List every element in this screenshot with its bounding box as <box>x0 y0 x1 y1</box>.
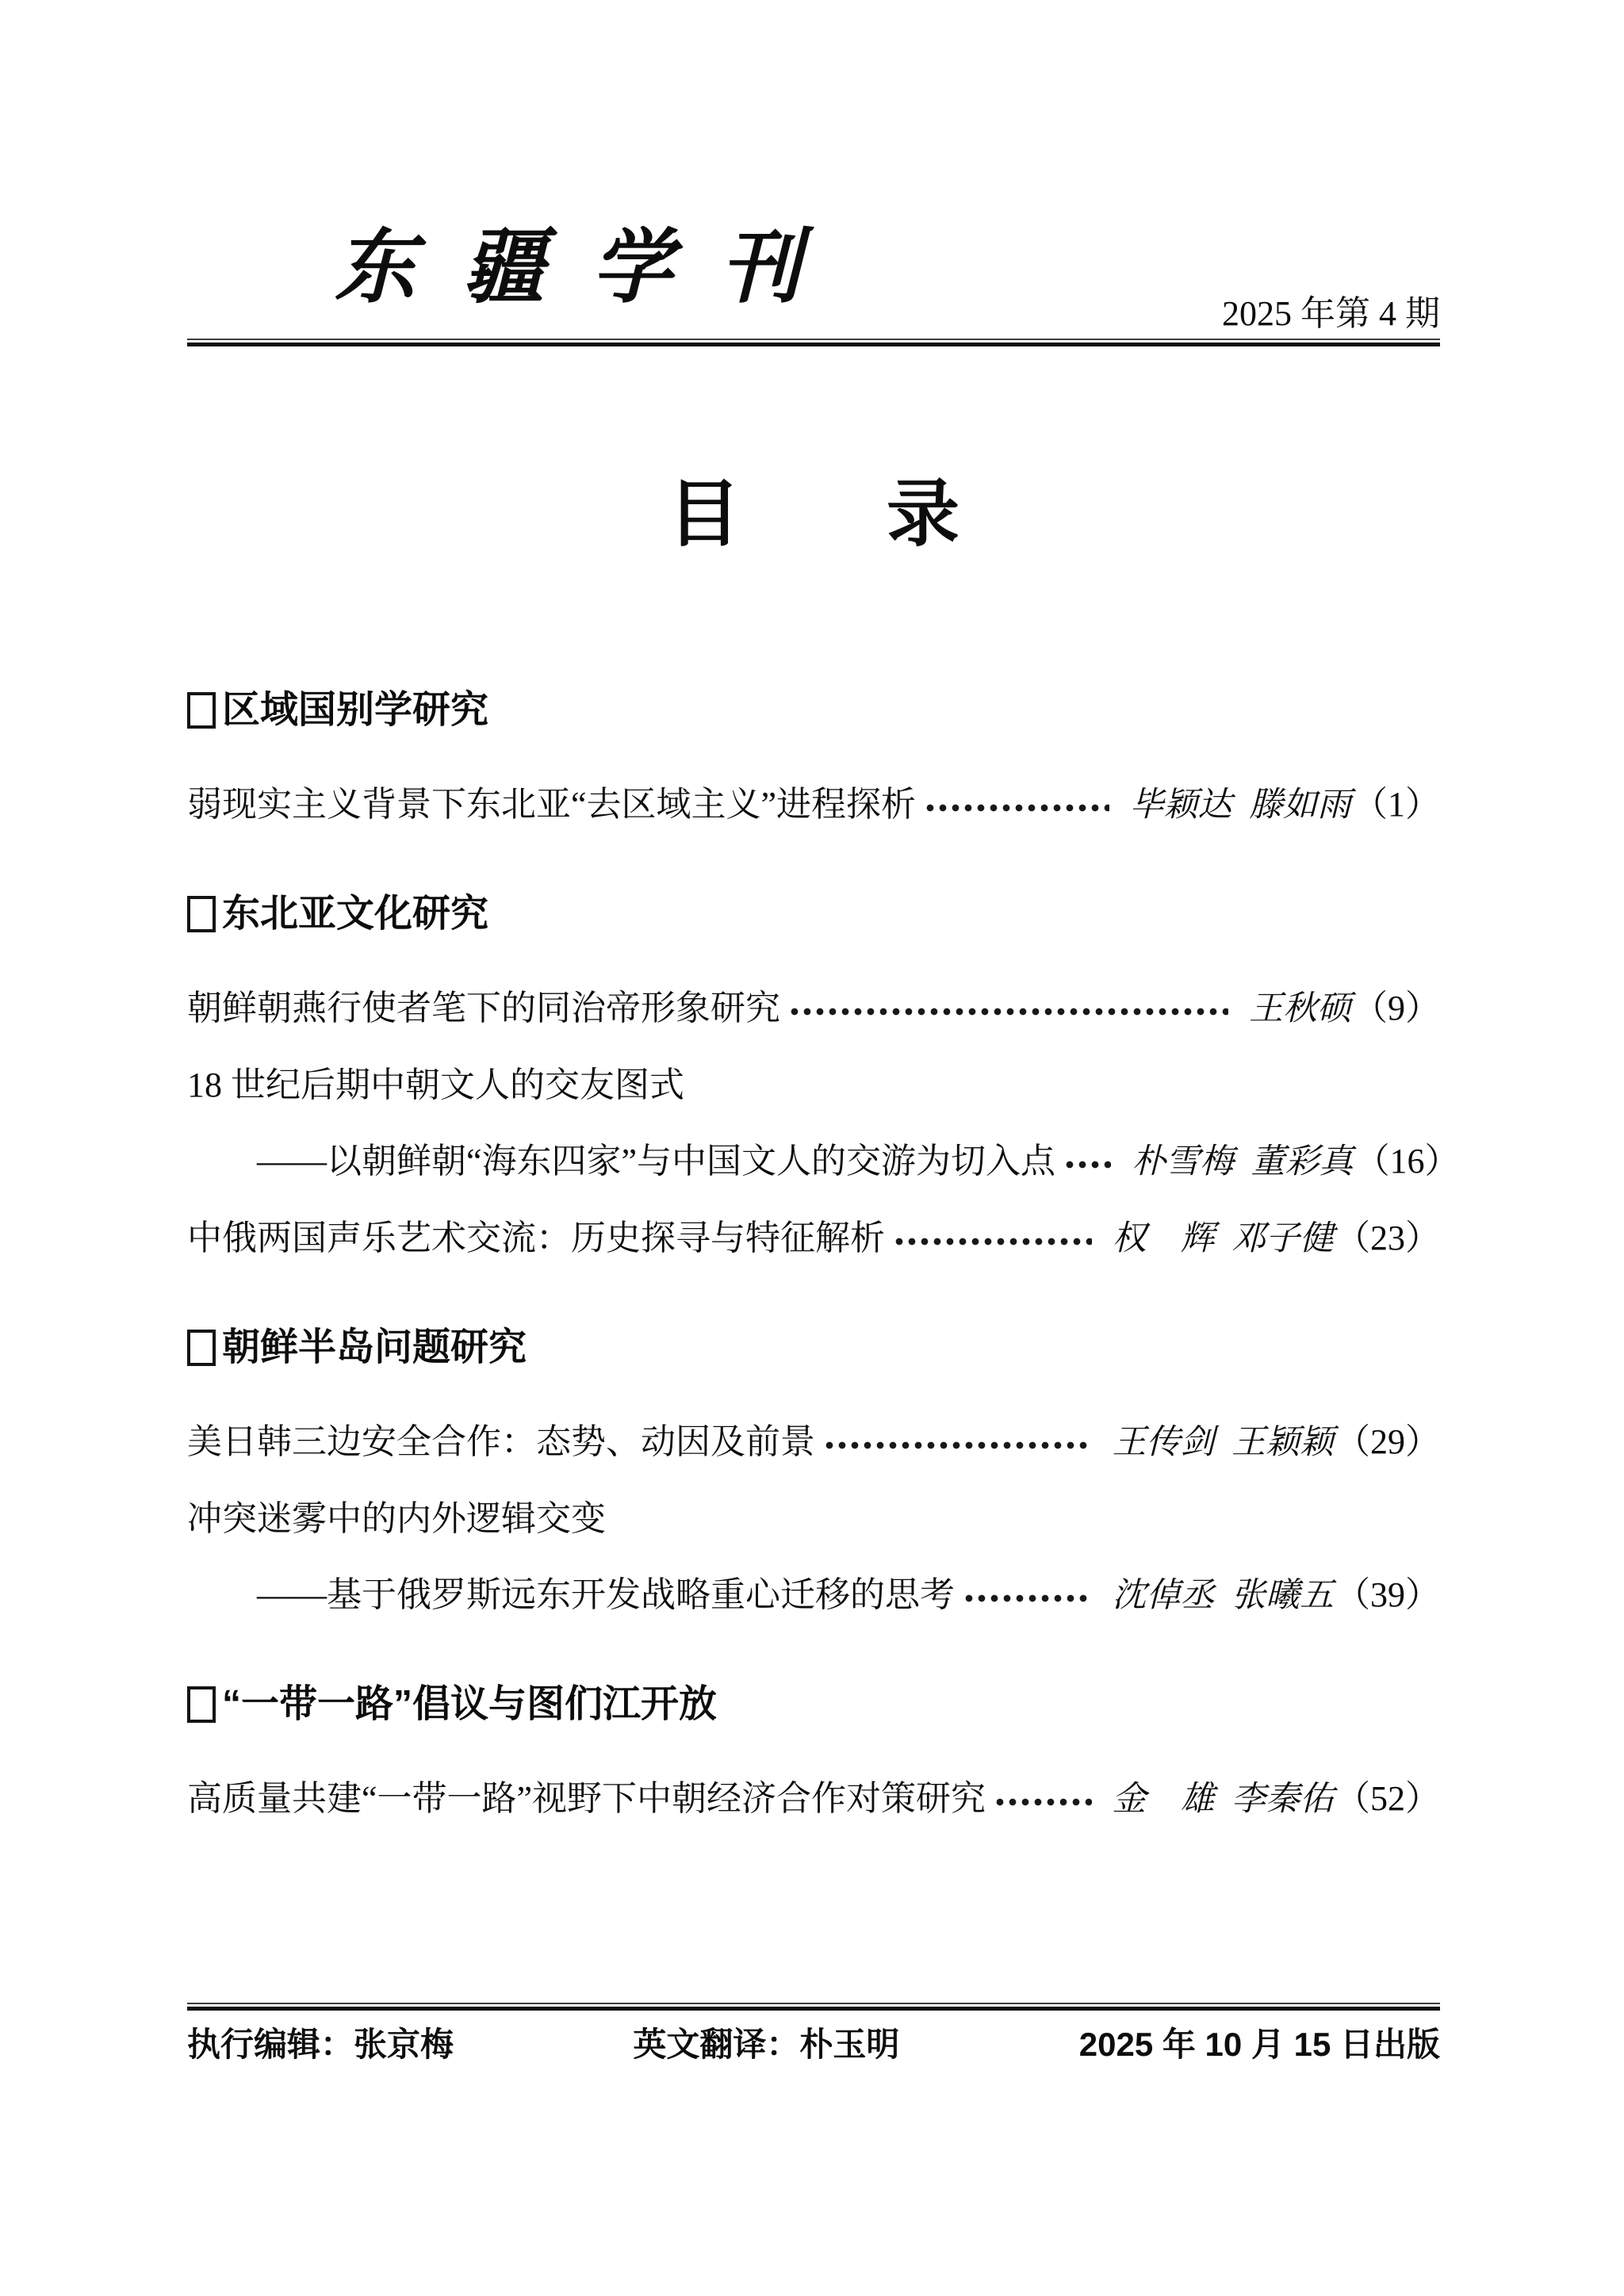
article-page-number: （16） <box>1355 1139 1460 1184</box>
page-content: 东疆学刊 2025 年第 4 期 目 录 区域国别学研究弱现实主义背景下东北亚“… <box>187 0 1440 1822</box>
section-square-marker <box>187 1330 216 1366</box>
section-heading-label: “一带一路”倡议与图们江开放 <box>222 1682 717 1728</box>
article-title: 朝鲜朝燕行使者笔下的同治帝形象研究 <box>187 986 780 1031</box>
article-authors: 朴雪梅 董彩真 <box>1132 1140 1354 1184</box>
toc-entry: ——以朝鲜朝“海东四家”与中国文人的交游为切入点朴雪梅 董彩真（16） <box>187 1139 1440 1184</box>
dot-leader <box>823 1440 1092 1451</box>
article-authors: 沈倬丞 张曦五 <box>1113 1574 1335 1618</box>
section-heading: “一带一路”倡议与图们江开放 <box>187 1682 1440 1728</box>
toc-section: 朝鲜半岛问题研究美日韩三边安全合作：态势、动因及前景王传剑 王颖颖（29）冲突迷… <box>187 1325 1440 1618</box>
dot-leader <box>994 1797 1091 1808</box>
section-heading-label: 朝鲜半岛问题研究 <box>222 1325 527 1371</box>
toc-entry: ——基于俄罗斯远东开发战略重心迁移的思考沈倬丞 张曦五（39） <box>187 1573 1440 1618</box>
section-square-marker <box>187 692 216 729</box>
section-square-marker <box>187 1686 216 1723</box>
dot-leader <box>963 1593 1092 1604</box>
article-authors: 王秋硕 <box>1249 987 1351 1031</box>
article-page-number: （1） <box>1353 783 1440 827</box>
section-heading-label: 区域国别学研究 <box>222 687 488 733</box>
toc-section: 东北亚文化研究朝鲜朝燕行使者笔下的同治帝形象研究王秋硕（9）18 世纪后期中朝文… <box>187 891 1440 1261</box>
dot-leader <box>893 1236 1092 1247</box>
toc-section: 区域国别学研究弱现实主义背景下东北亚“去区域主义”进程探析毕颖达 滕如雨（1） <box>187 687 1440 828</box>
dot-leader <box>924 802 1109 813</box>
article-title: ——以朝鲜朝“海东四家”与中国文人的交游为切入点 <box>257 1139 1055 1184</box>
toc-sections: 区域国别学研究弱现实主义背景下东北亚“去区域主义”进程探析毕颖达 滕如雨（1）东… <box>187 687 1440 1822</box>
article-title: ——基于俄罗斯远东开发战略重心迁移的思考 <box>257 1573 955 1617</box>
toc-entry: 弱现实主义背景下东北亚“去区域主义”进程探析毕颖达 滕如雨（1） <box>187 783 1440 828</box>
article-authors: 毕颖达 滕如雨 <box>1130 783 1352 828</box>
article-page-number: （29） <box>1335 1420 1440 1464</box>
article-title: 弱现实主义背景下东北亚“去区域主义”进程探析 <box>187 783 916 827</box>
toc-section: “一带一路”倡议与图们江开放高质量共建“一带一路”视野下中朝经济合作对策研究金 … <box>187 1682 1440 1822</box>
article-page-number: （9） <box>1353 986 1440 1031</box>
toc-entry: 朝鲜朝燕行使者笔下的同治帝形象研究王秋硕（9） <box>187 986 1440 1031</box>
dot-leader <box>788 1006 1228 1017</box>
article-page-number: （39） <box>1335 1573 1440 1617</box>
publish-date: 2025 年 10 月 15 日出版 <box>1079 2026 1440 2063</box>
toc-entry: 冲突迷雾中的内外逻辑交变 <box>187 1497 1440 1541</box>
article-page-number: （23） <box>1335 1216 1440 1261</box>
article-page-number: （52） <box>1335 1777 1440 1821</box>
toc-entry: 中俄两国声乐艺术交流：历史探寻与特征解析权 辉 邓子健（23） <box>187 1216 1440 1261</box>
article-title: 冲突迷雾中的内外逻辑交变 <box>187 1497 606 1541</box>
article-title: 中俄两国声乐艺术交流：历史探寻与特征解析 <box>187 1216 885 1261</box>
journal-toc-page: 东疆学刊 2025 年第 4 期 目 录 区域国别学研究弱现实主义背景下东北亚“… <box>0 0 1624 2296</box>
page-footer: 执行编辑：张京梅 英文翻译：朴玉明 2025 年 10 月 15 日出版 <box>187 2003 1440 2063</box>
section-square-marker <box>187 896 216 932</box>
article-authors: 王传剑 王颖颖 <box>1113 1421 1335 1465</box>
journal-title: 东疆学刊 <box>187 0 1440 308</box>
section-heading-label: 东北亚文化研究 <box>222 891 488 937</box>
header-rule <box>187 339 1440 346</box>
article-authors: 权 辉 邓子健 <box>1113 1217 1335 1261</box>
toc-entry: 美日韩三边安全合作：态势、动因及前景王传剑 王颖颖（29） <box>187 1420 1440 1465</box>
footer-rule <box>187 2003 1440 2011</box>
toc-title: 目 录 <box>187 478 1440 551</box>
dot-leader <box>1063 1159 1111 1170</box>
executive-editor: 执行编辑：张京梅 <box>187 2026 454 2063</box>
article-title: 18 世纪后期中朝文人的交友图式 <box>187 1063 684 1108</box>
section-heading: 朝鲜半岛问题研究 <box>187 1325 1440 1371</box>
english-translator: 英文翻译：朴玉明 <box>633 2026 899 2063</box>
section-heading: 区域国别学研究 <box>187 687 1440 733</box>
article-title: 高质量共建“一带一路”视野下中朝经济合作对策研究 <box>187 1777 986 1821</box>
toc-entry: 高质量共建“一带一路”视野下中朝经济合作对策研究金 雄 李秦佑（52） <box>187 1777 1440 1822</box>
article-authors: 金 雄 李秦佑 <box>1113 1777 1335 1822</box>
section-heading: 东北亚文化研究 <box>187 891 1440 937</box>
article-title: 美日韩三边安全合作：态势、动因及前景 <box>187 1420 815 1464</box>
toc-entry: 18 世纪后期中朝文人的交友图式 <box>187 1063 1440 1108</box>
footer-row: 执行编辑：张京梅 英文翻译：朴玉明 2025 年 10 月 15 日出版 <box>187 2026 1440 2063</box>
page-header: 东疆学刊 2025 年第 4 期 <box>187 0 1440 346</box>
